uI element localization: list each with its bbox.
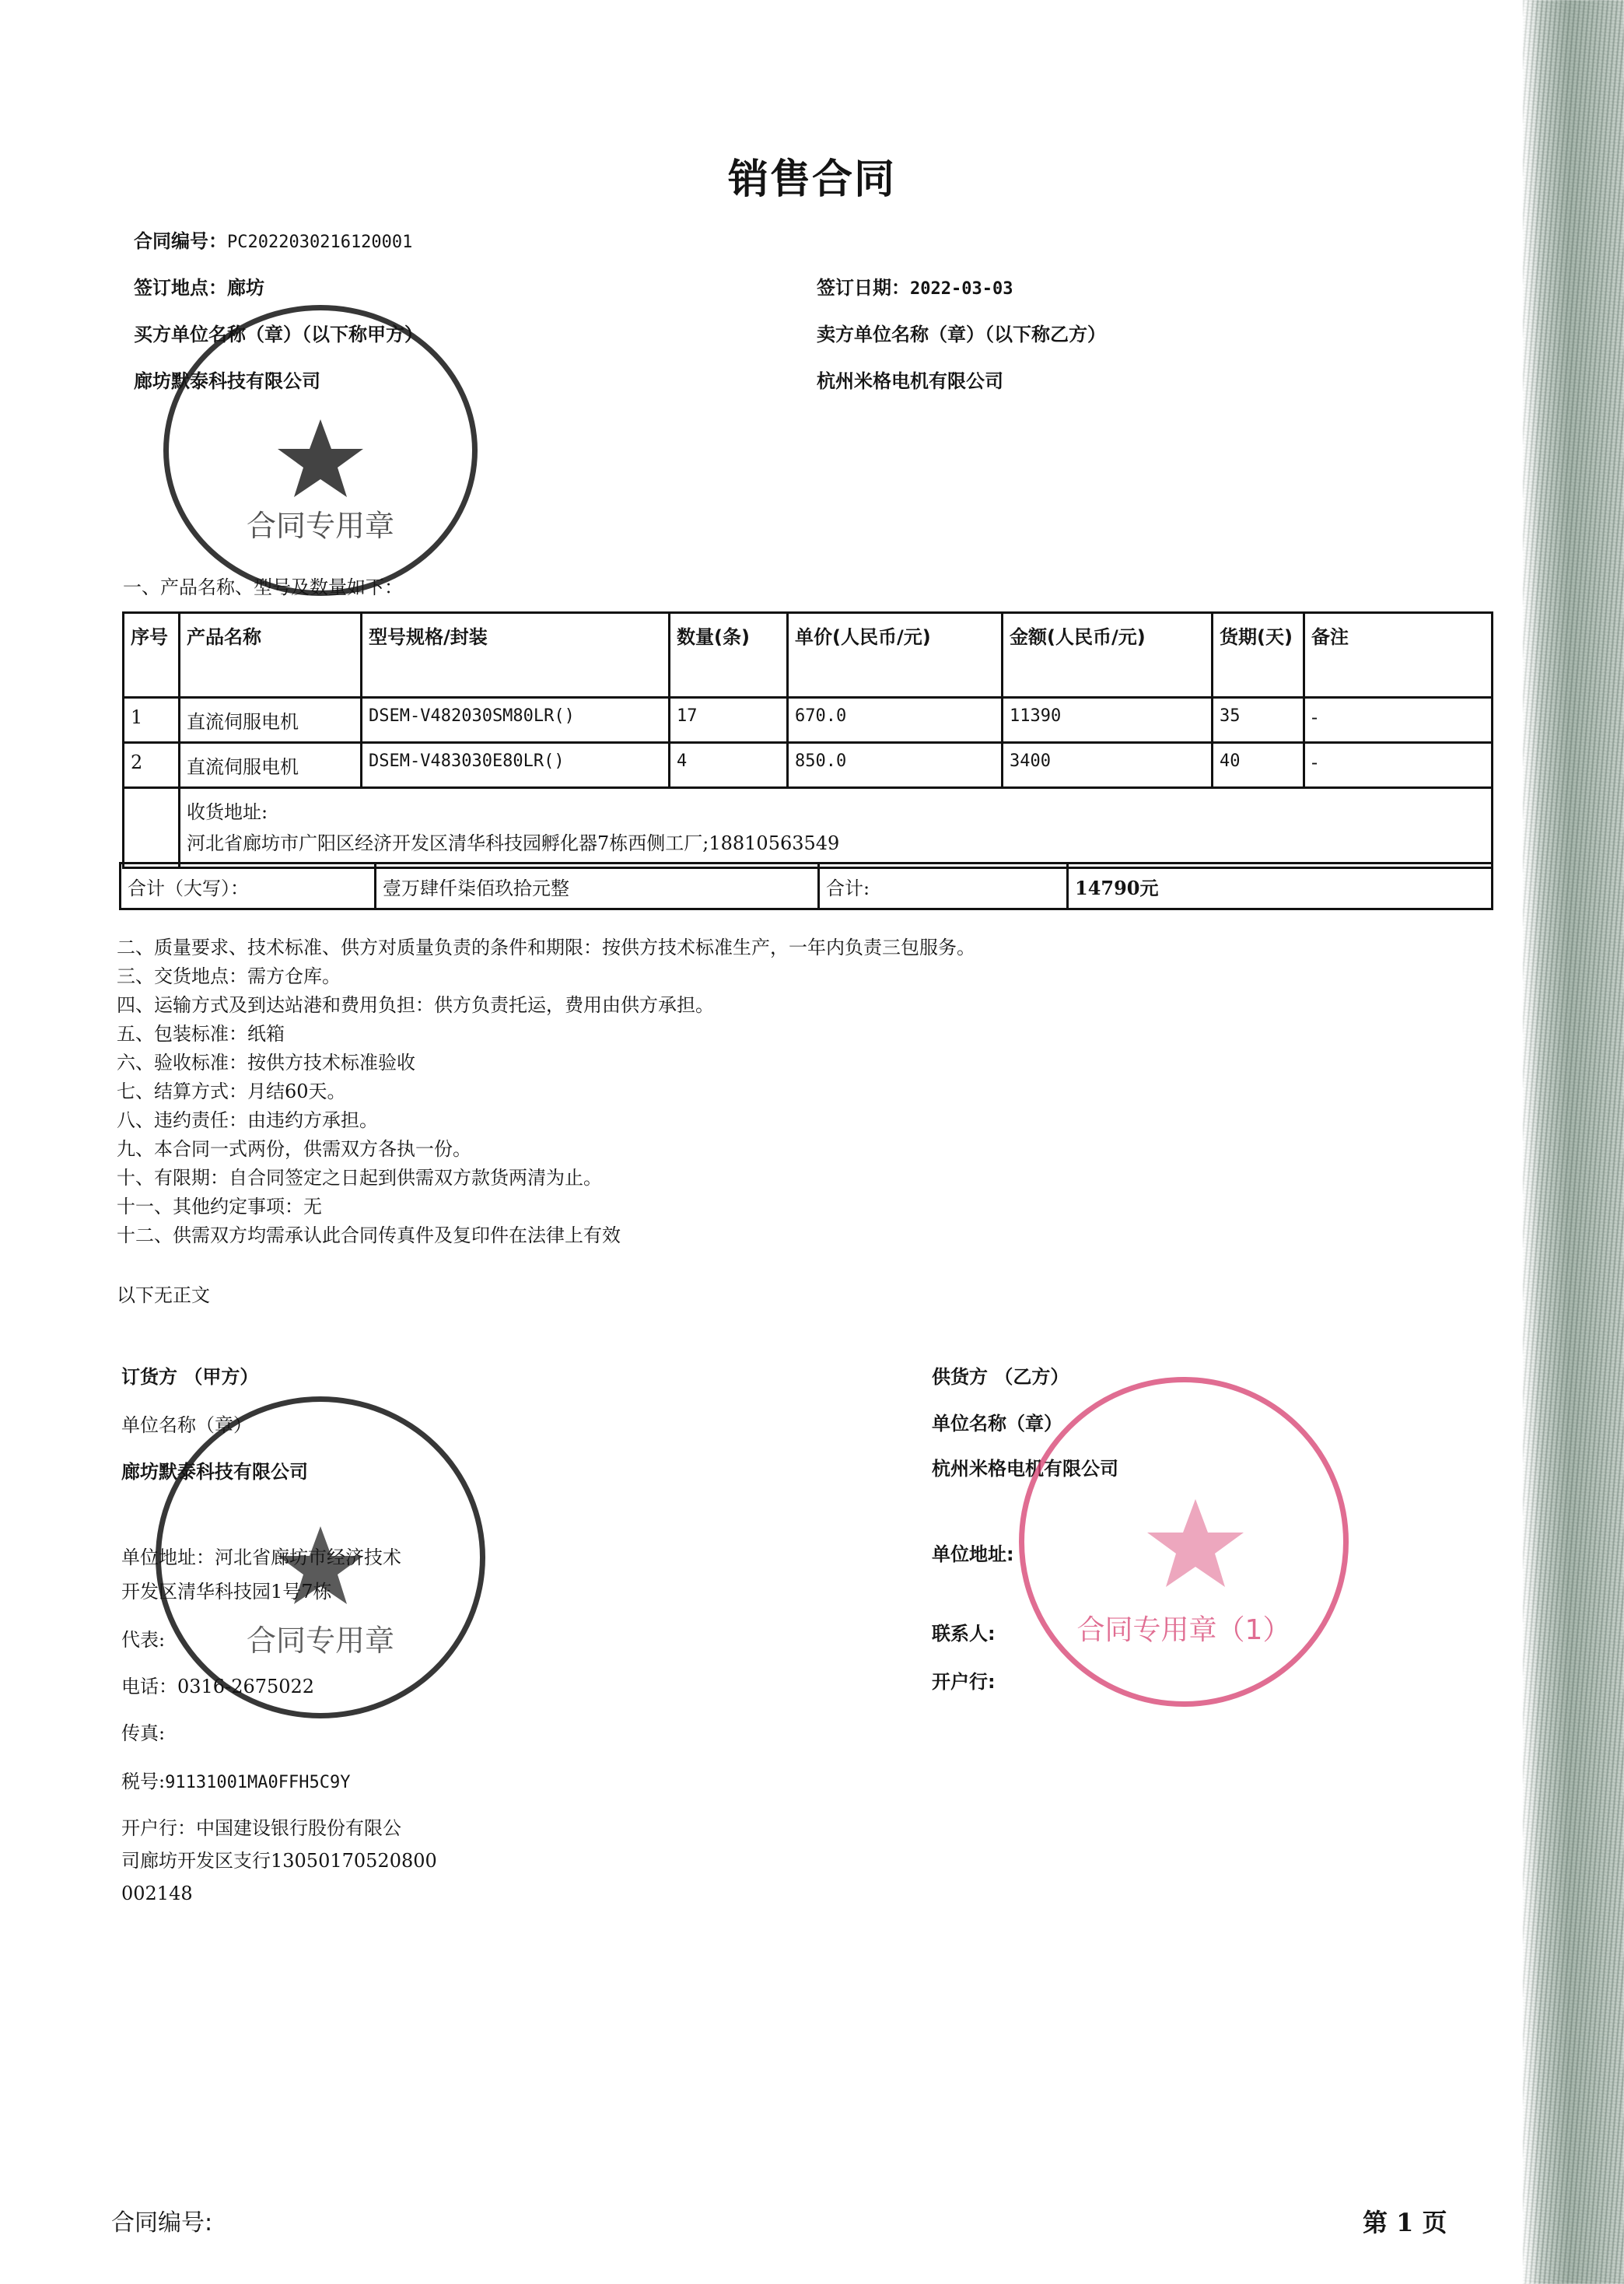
- cell-model: DSEM-V483030E80LR(): [362, 743, 670, 788]
- col-header: 备注: [1304, 613, 1493, 698]
- cell-lead-time: 35: [1213, 698, 1304, 743]
- seller-name: 杭州米格电机有限公司: [817, 366, 1003, 393]
- section1-heading: 一、产品名称、型号及数量如下：: [123, 572, 403, 599]
- cell-quantity: 4: [670, 743, 788, 788]
- term-item: 四、运输方式及到达站港和费用负担：供方负责托运，费用由供方承担。: [117, 991, 975, 1020]
- col-header: 序号: [124, 613, 180, 698]
- cell-unit-price: 670.0: [788, 698, 1003, 743]
- empty-cell: [124, 788, 180, 868]
- footer-contract-number-label: 合同编号:: [111, 2203, 212, 2237]
- term-item: 七、结算方式：月结60天。: [117, 1077, 975, 1106]
- col-header: 货期(天): [1213, 613, 1304, 698]
- term-item: 三、交货地点：需方仓库。: [117, 962, 975, 991]
- cell-amount: 3400: [1003, 743, 1213, 788]
- seal-star-icon: 合同专用章: [169, 310, 472, 590]
- term-item: 十二、供需双方均需承认此合同传真件及复印件在法律上有效: [117, 1221, 975, 1250]
- seller-party-block: 供货方 （乙方） 单位名称（章） 杭州米格电机有限公司 单位地址: 联系人: 开…: [932, 1365, 1321, 1708]
- seller-unit-name-label: 单位名称（章）: [932, 1412, 1062, 1435]
- seller-contact-label: 联系人:: [932, 1622, 996, 1645]
- delivery-address-label: 收货地址:: [187, 797, 1485, 828]
- end-note: 以下无正文: [117, 1281, 975, 1310]
- term-item: 五、包装标准：纸箱: [117, 1020, 975, 1049]
- term-item: 八、违约责任：由违约方承担。: [117, 1106, 975, 1135]
- cell-lead-time: 40: [1213, 743, 1304, 788]
- sign-place: 签订地点：廊坊: [134, 272, 264, 300]
- col-header: 金额(人民币/元): [1003, 613, 1213, 698]
- col-header: 数量(条): [670, 613, 788, 698]
- col-header: 型号规格/封装: [362, 613, 670, 698]
- sign-date-value: 2022-03-03: [910, 279, 1013, 299]
- cell-remark: -: [1304, 698, 1493, 743]
- contract-number: 合同编号：PC2022030216120001: [134, 226, 412, 253]
- seller-unit-name: 杭州米格电机有限公司: [932, 1457, 1118, 1480]
- total-uppercase-label: 合计（大写）：: [121, 864, 376, 909]
- texture-fade: [1507, 0, 1538, 2284]
- contract-terms: 二、质量要求、技术标准、供方对质量负责的条件和期限：按供方技术标准生产，一年内负…: [117, 934, 975, 1310]
- buyer-representative-label: 代表:: [121, 1628, 165, 1652]
- buyer-phone-value: 0316-2675022: [177, 1676, 314, 1697]
- buyer-phone-label: 电话：: [121, 1676, 177, 1697]
- sign-place-value: 廊坊: [227, 277, 264, 299]
- term-item: 十一、其他约定事项：无: [117, 1193, 975, 1221]
- cell-quantity: 17: [670, 698, 788, 743]
- table-row: 2 直流伺服电机 DSEM-V483030E80LR() 4 850.0 340…: [124, 743, 1493, 788]
- sign-date-label: 签订日期：: [817, 277, 910, 299]
- cell-product-name: 直流伺服电机: [180, 698, 362, 743]
- buyer-name: 廊坊默泰科技有限公司: [134, 366, 320, 393]
- delivery-address: 河北省廊坊市广阳区经济开发区清华科技园孵化器7栋西侧工厂;18810563549: [187, 828, 1485, 859]
- buyer-fax-label: 传真:: [121, 1722, 165, 1745]
- seller-party-heading: 供货方 （乙方）: [932, 1365, 1069, 1389]
- buyer-phone: 电话：0316-2675022: [121, 1675, 314, 1698]
- buyer-bank-line3: 002148: [121, 1882, 193, 1905]
- cell-amount: 11390: [1003, 698, 1213, 743]
- items-header-row: 序号 产品名称 型号规格/封装 数量(条) 单价(人民币/元) 金额(人民币/元…: [124, 613, 1493, 698]
- total-table: 合计（大写）： 壹万肆仟柒佰玖拾元整 合计: 14790元: [119, 862, 1493, 910]
- buyer-label: 买方单位名称（章）（以下称甲方）: [134, 319, 423, 346]
- total-value: 14790元: [1068, 864, 1493, 909]
- total-row: 合计（大写）： 壹万肆仟柒佰玖拾元整 合计: 14790元: [121, 864, 1493, 909]
- buyer-party-heading: 订货方 （甲方）: [121, 1365, 258, 1389]
- sign-date: 签订日期：2022-03-03: [817, 272, 1013, 300]
- items-table: 序号 产品名称 型号规格/封装 数量(条) 单价(人民币/元) 金额(人民币/元…: [122, 611, 1493, 869]
- delivery-address-cell: 收货地址: 河北省廊坊市广阳区经济开发区清华科技园孵化器7栋西侧工厂;18810…: [180, 788, 1493, 868]
- buyer-bank-line1: 开户行：中国建设银行股份有限公: [121, 1816, 401, 1840]
- seller-address-label: 单位地址:: [932, 1543, 1014, 1566]
- cell-remark: -: [1304, 743, 1493, 788]
- col-header: 产品名称: [180, 613, 362, 698]
- delivery-address-row: 收货地址: 河北省廊坊市广阳区经济开发区清华科技园孵化器7栋西侧工厂;18810…: [124, 788, 1493, 868]
- seller-label: 卖方单位名称（章）（以下称乙方）: [817, 319, 1106, 346]
- total-uppercase-value: 壹万肆仟柒佰玖拾元整: [376, 864, 819, 909]
- buyer-tax-no-value: 91131001MA0FFH5C9Y: [165, 1773, 350, 1792]
- buyer-tax-no: 税号:91131001MA0FFH5C9Y: [121, 1770, 351, 1795]
- cell-index: 2: [124, 743, 180, 788]
- cell-unit-price: 850.0: [788, 743, 1003, 788]
- contract-number-label: 合同编号：: [134, 230, 227, 252]
- col-header: 单价(人民币/元): [788, 613, 1003, 698]
- table-row: 1 直流伺服电机 DSEM-V482030SM80LR() 17 670.0 1…: [124, 698, 1493, 743]
- buyer-bank-line2: 司廊坊开发区支行13050170520800: [121, 1849, 437, 1872]
- svg-text:合同专用章: 合同专用章: [247, 509, 394, 543]
- term-item: 二、质量要求、技术标准、供方对质量负责的条件和期限：按供方技术标准生产，一年内负…: [117, 934, 975, 962]
- buyer-unit-name-label: 单位名称（章）: [121, 1413, 252, 1437]
- buyer-address-line2: 开发区清华科技园1号7栋: [121, 1580, 332, 1603]
- page-number: 第 1 页: [1363, 2203, 1447, 2239]
- buyer-tax-no-label: 税号:: [121, 1771, 165, 1792]
- seller-bank-label: 开户行:: [932, 1670, 996, 1694]
- cell-product-name: 直流伺服电机: [180, 743, 362, 788]
- sign-place-label: 签订地点：: [134, 277, 227, 299]
- buyer-address-line1: 单位地址：河北省廊坊市经济技术: [121, 1546, 401, 1569]
- total-label: 合计:: [819, 864, 1068, 909]
- cell-index: 1: [124, 698, 180, 743]
- buyer-company-seal-top: 合同专用章: [163, 305, 478, 596]
- cell-model: DSEM-V482030SM80LR(): [362, 698, 670, 743]
- buyer-party-block: 订货方 （甲方） 单位名称（章） 廊坊默泰科技有限公司 单位地址：河北省廊坊市经…: [121, 1365, 479, 1925]
- term-item: 十、有限期：自合同签定之日起到供需双方款货两清为止。: [117, 1164, 975, 1193]
- term-item: 九、本合同一式两份，供需双方各执一份。: [117, 1135, 975, 1164]
- document-title: 销售合同: [728, 146, 896, 205]
- buyer-unit-name: 廊坊默泰科技有限公司: [121, 1460, 308, 1484]
- term-item: 六、验收标准：按供方技术标准验收: [117, 1049, 975, 1077]
- contract-number-value: PC2022030216120001: [227, 233, 412, 252]
